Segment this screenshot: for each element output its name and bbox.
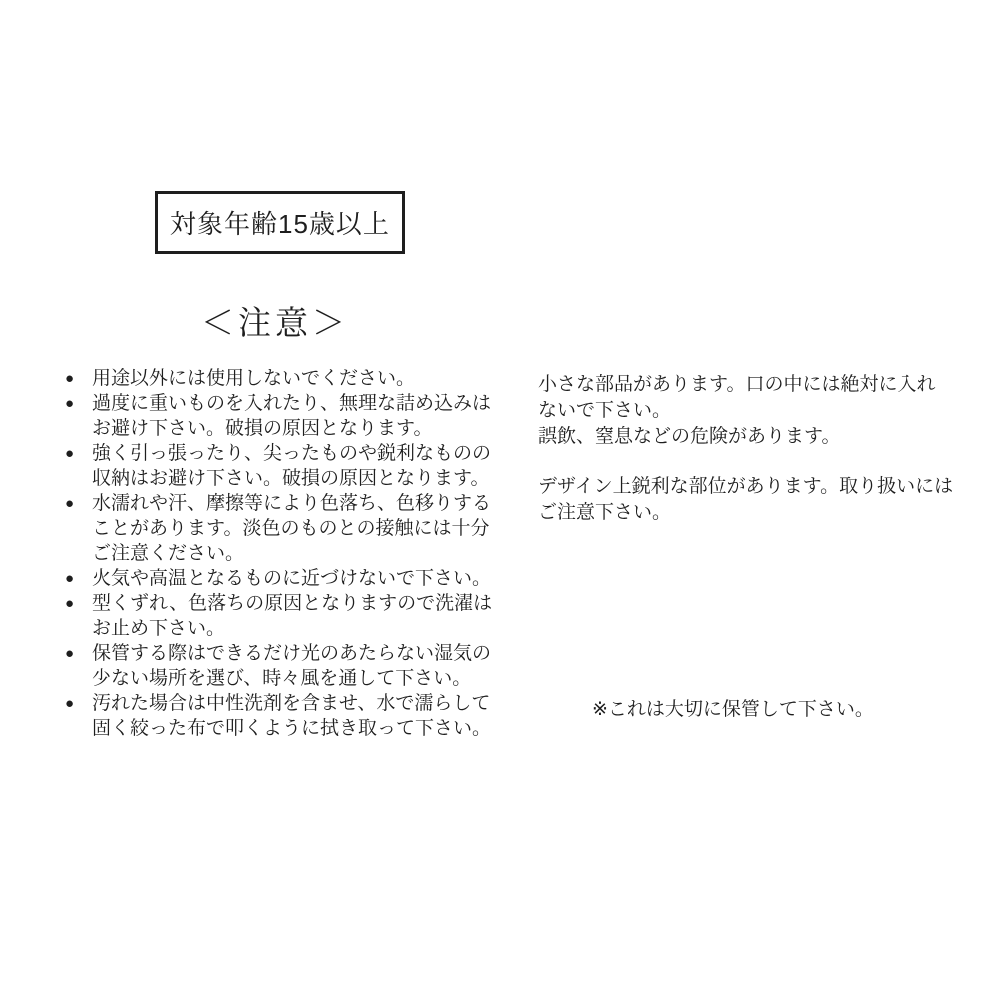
age-limit-box: 対象年齢15歳以上 [155, 191, 405, 254]
keep-safe-note: ※これは大切に保管して下さい。 [592, 694, 874, 721]
bullet-icon: ● [65, 691, 74, 716]
warning-item-color-transfer: ● 水濡れや汗、摩擦等により色落ち、色移りすることがあります。淡色のものとの接触… [65, 491, 505, 566]
small-parts-warning: 小さな部品があります。口の中には絶対に入れ ないで下さい。 誤飲、窒息などの危険… [538, 372, 968, 450]
bullet-icon: ● [65, 591, 74, 616]
warning-text: 火気や高温となるものに近づけないで下さい。 [92, 568, 491, 589]
warning-text: 水濡れや汗、摩擦等により色落ち、色移りすることがあります。淡色のものとの接触には… [92, 493, 491, 564]
warning-text: 型くずれ、色落ちの原因となりますので洗濯はお止め下さい。 [92, 593, 492, 639]
warning-item-cleaning: ● 汚れた場合は中性洗剤を含ませ、水で濡らして固く絞った布で叩くように拭き取って… [65, 691, 505, 741]
small-parts-warning-line: 小さな部品があります。口の中には絶対に入れ [538, 372, 968, 398]
small-parts-warning-line: ないで下さい。 [538, 398, 968, 424]
warning-list: ● 用途以外には使用しないでください。 ● 過度に重いものを入れたり、無理な詰め… [65, 366, 505, 741]
warning-item-usage: ● 用途以外には使用しないでください。 [65, 366, 505, 391]
warning-text: 過度に重いものを入れたり、無理な詰め込みはお避け下さい。破損の原因となります。 [92, 393, 491, 439]
bullet-icon: ● [65, 366, 74, 391]
warning-item-sharp-objects: ● 強く引っ張ったり、尖ったものや鋭利なものの収納はお避け下さい。破損の原因とな… [65, 441, 505, 491]
bullet-icon: ● [65, 491, 74, 516]
bullet-icon: ● [65, 641, 74, 666]
caution-sheet: 対象年齢15歳以上 ＜注意＞ ● 用途以外には使用しないでください。 ● 過度に… [0, 0, 1000, 1000]
warning-item-fire-heat: ● 火気や高温となるものに近づけないで下さい。 [65, 566, 505, 591]
bullet-icon: ● [65, 391, 74, 416]
warning-text: 強く引っ張ったり、尖ったものや鋭利なものの収納はお避け下さい。破損の原因となりま… [92, 443, 491, 489]
caution-heading: ＜注意＞ [55, 297, 495, 344]
small-parts-warning-line: 誤飲、窒息などの危険があります。 [538, 424, 968, 450]
warning-text: 保管する際はできるだけ光のあたらない湿気の少ない場所を選び、時々風を通して下さい… [92, 643, 491, 689]
right-column: 小さな部品があります。口の中には絶対に入れ ないで下さい。 誤飲、窒息などの危険… [538, 372, 968, 526]
bullet-icon: ● [65, 566, 74, 591]
warning-text: 汚れた場合は中性洗剤を含ませ、水で濡らして固く絞った布で叩くように拭き取って下さ… [92, 693, 491, 739]
bullet-icon: ● [65, 441, 74, 466]
age-limit-label: 対象年齢15歳以上 [170, 209, 390, 239]
warning-item-storage: ● 保管する際はできるだけ光のあたらない湿気の少ない場所を選び、時々風を通して下… [65, 641, 505, 691]
sharp-design-warning-line: ご注意下さい。 [538, 500, 968, 526]
warning-text: 用途以外には使用しないでください。 [92, 368, 415, 389]
sharp-design-warning: デザイン上鋭利な部位があります。取り扱いには ご注意下さい。 [538, 474, 968, 526]
warning-item-overload: ● 過度に重いものを入れたり、無理な詰め込みはお避け下さい。破損の原因となります… [65, 391, 505, 441]
sharp-design-warning-line: デザイン上鋭利な部位があります。取り扱いには [538, 474, 968, 500]
warning-item-no-washing: ● 型くずれ、色落ちの原因となりますので洗濯はお止め下さい。 [65, 591, 505, 641]
